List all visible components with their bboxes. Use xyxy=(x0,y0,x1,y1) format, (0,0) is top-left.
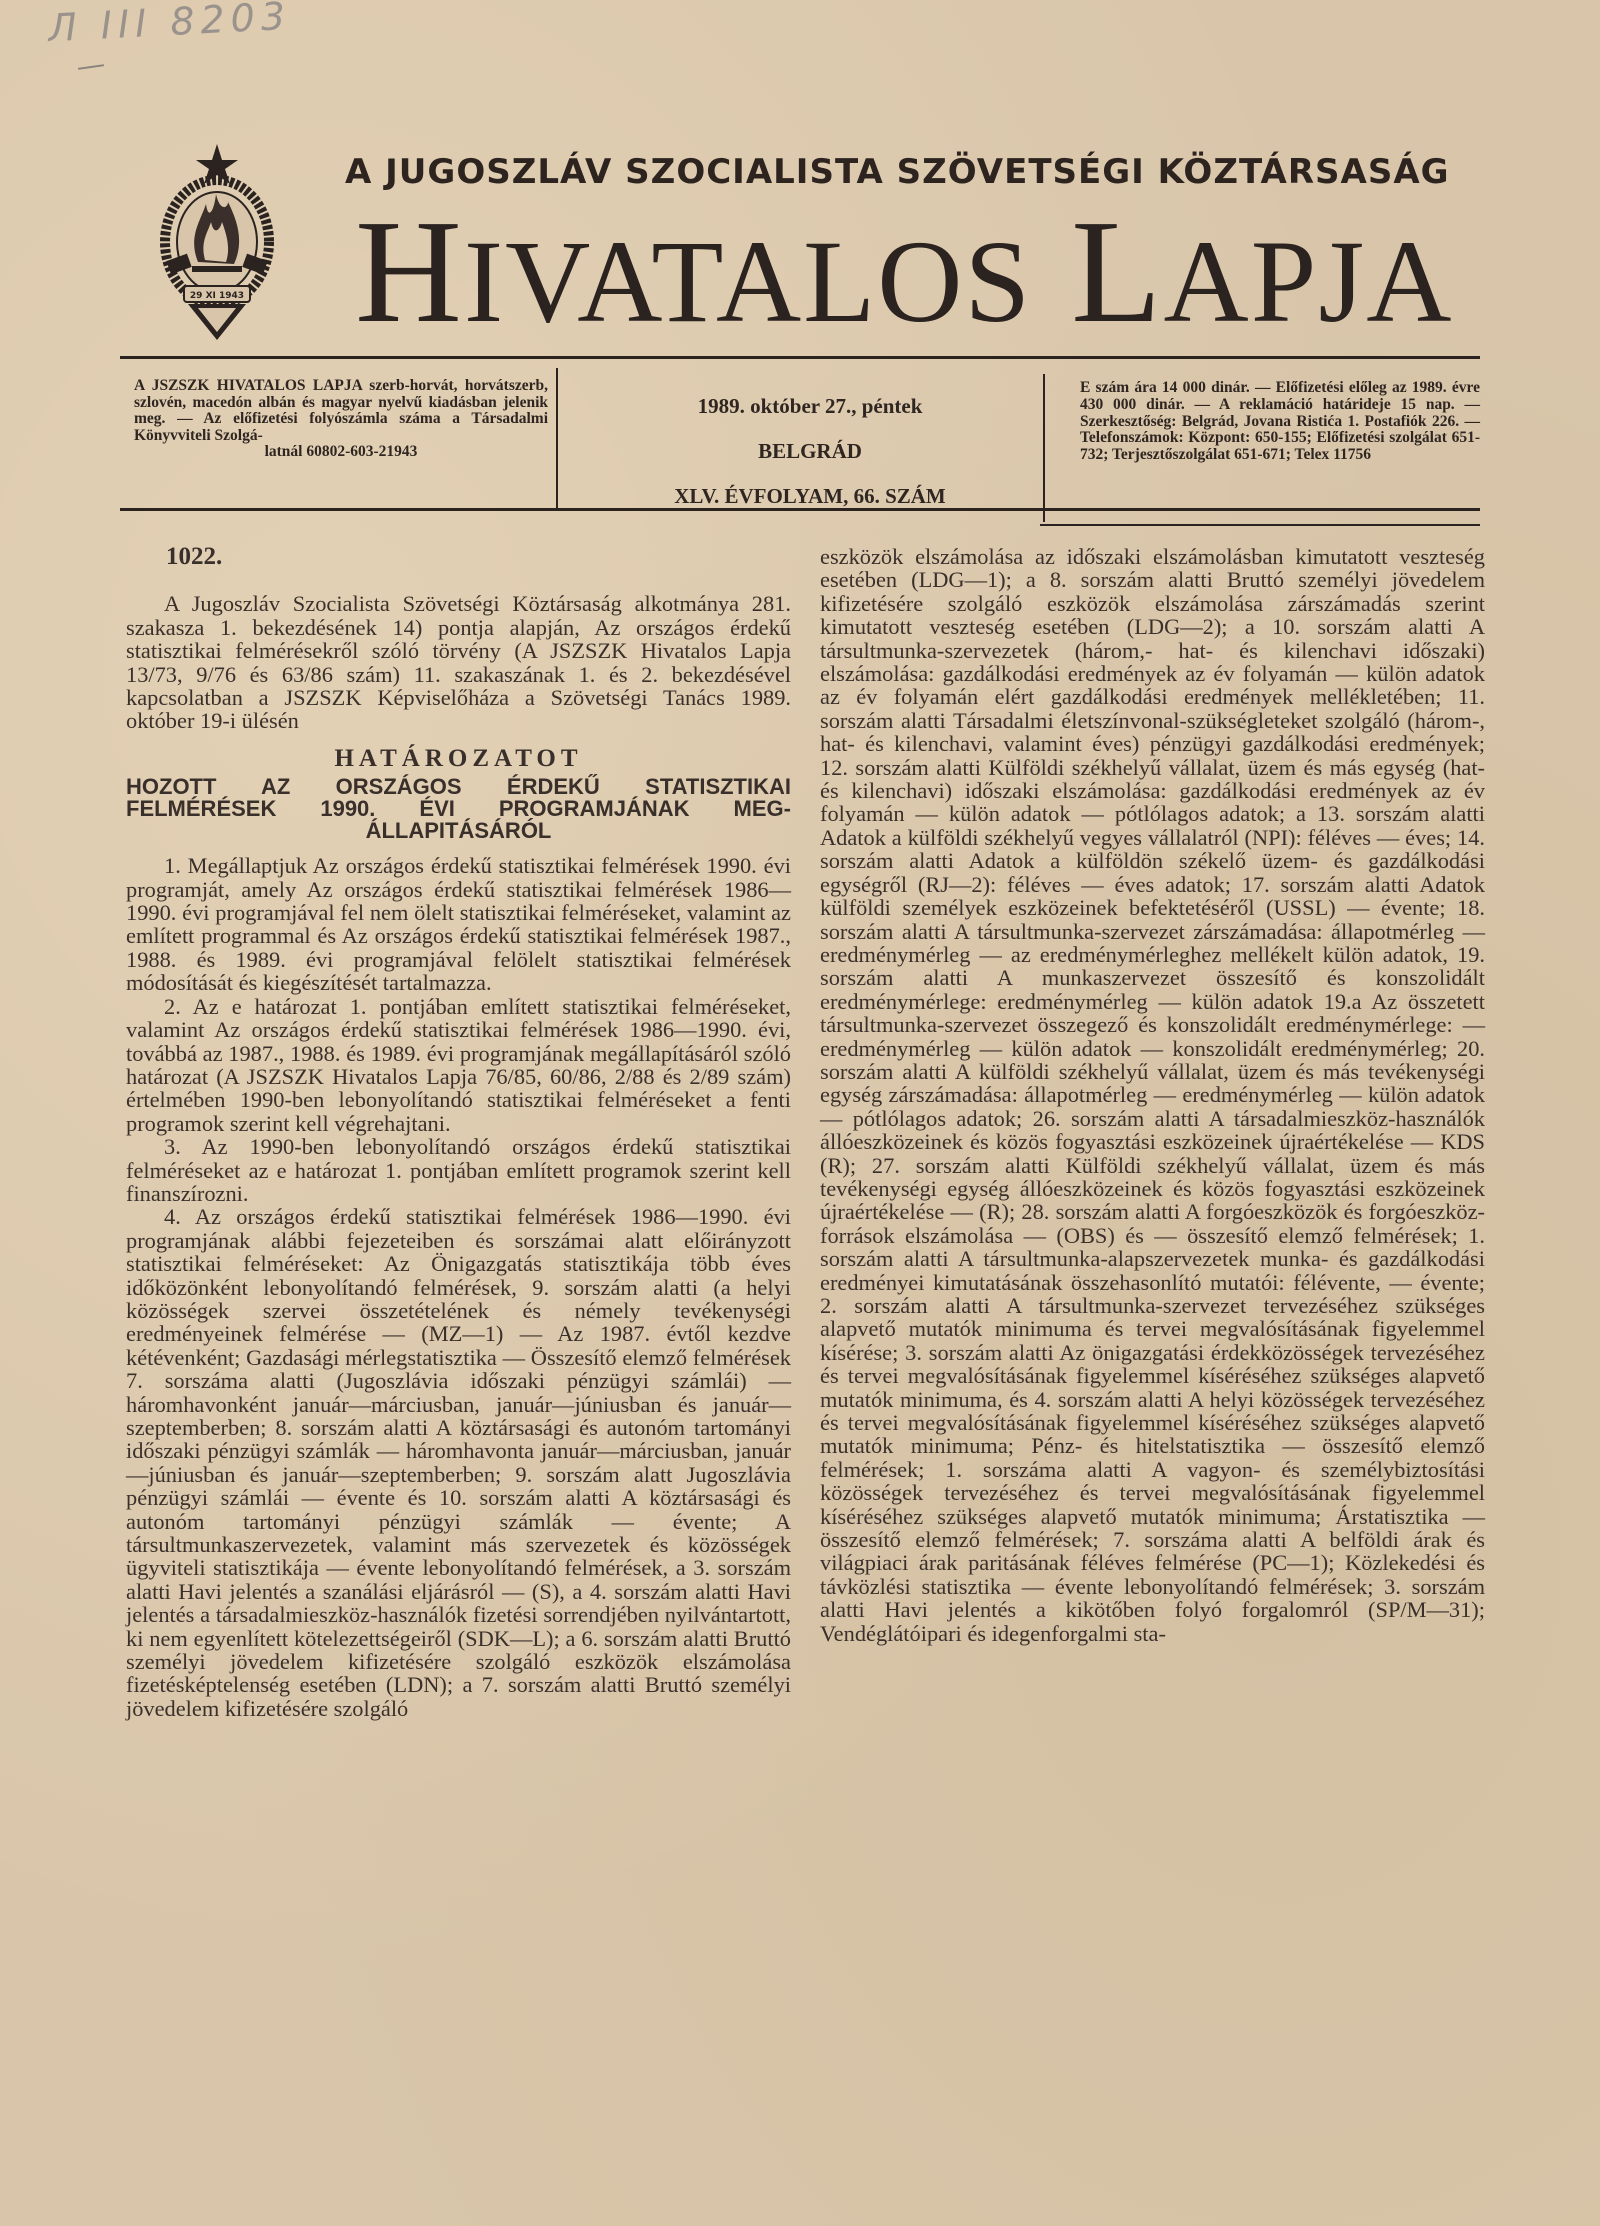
publication-info-text: A JSZSZK HIVATALOS LAPJA szerb-horvát, h… xyxy=(134,377,548,444)
masthead-bottom-rule-secondary xyxy=(1040,524,1480,526)
info-divider-right xyxy=(1043,374,1045,522)
decision-title-line-2: FELMÉRÉSEK 1990. ÉVI PROGRAMJÁNAK MEG- xyxy=(126,798,791,820)
handwritten-dash xyxy=(78,64,104,70)
coat-of-arms-emblem-icon: 29 XI 1943 xyxy=(158,142,276,342)
issue-info-box: 1989. október 27., péntek BELGRÁD XLV. É… xyxy=(580,384,1040,519)
publication-info-box: A JSZSZK HIVATALOS LAPJA szerb-horvát, h… xyxy=(134,378,548,461)
paragraph-2: 2. Az e határozat 1. pontjában említett … xyxy=(126,995,791,1135)
paragraph-3: 3. Az 1990-ben lebonyolítandó országos é… xyxy=(126,1135,791,1205)
issue-volume-number: XLV. ÉVFOLYAM, 66. SZÁM xyxy=(580,474,1040,519)
masthead-top-rule xyxy=(120,356,1480,359)
decision-heading: HATÁROZATOT xyxy=(126,747,791,770)
article-number: 1022. xyxy=(166,545,791,568)
paragraph-4-continued: eszközök elszámolása az időszaki elszámo… xyxy=(820,545,1485,1645)
account-number: latnál 60802-603-21943 xyxy=(134,444,548,461)
svg-text:29 XI 1943: 29 XI 1943 xyxy=(190,291,244,301)
gazette-page: Л III 8203 29 XI 1943 A JUGOSZLÁV SZOCIA… xyxy=(0,0,1600,2226)
article-column-left: 1022. A Jugoszláv Szocialista Szövetségi… xyxy=(126,545,791,1720)
article-preamble: A Jugoszláv Szocialista Szövetségi Köztá… xyxy=(126,592,791,732)
article-column-right: eszközök elszámolása az időszaki elszámo… xyxy=(820,545,1485,1645)
decision-title: HOZOTT AZ ORSZÁGOS ÉRDEKŰ STATISZTIKAI F… xyxy=(126,776,791,842)
title-initial-l: L xyxy=(1071,190,1163,354)
issue-place: BELGRÁD xyxy=(580,429,1040,474)
info-divider-left xyxy=(556,368,558,510)
decision-title-line-1: HOZOTT AZ ORSZÁGOS ÉRDEKŰ STATISZTIKAI xyxy=(126,776,791,798)
title-initial-h: H xyxy=(355,190,464,354)
paragraph-4: 4. Az országos érdekű statisztikai felmé… xyxy=(126,1205,791,1720)
title-word-1-rest: IVATALOS xyxy=(464,216,1032,347)
decision-title-line-3: ÁLLAPITÁSÁRÓL xyxy=(126,820,791,842)
paragraph-1: 1. Megállaptjuk Az országos érdekű stati… xyxy=(126,854,791,994)
masthead-title: HIVATALOS LAPJA xyxy=(355,198,1445,346)
title-word-2-rest: APJA xyxy=(1164,216,1454,347)
masthead-subtitle: A JUGOSZLÁV SZOCIALISTA SZÖVETSÉGI KÖZTÁ… xyxy=(345,152,1435,192)
handwritten-archive-note: Л III 8203 xyxy=(47,0,292,50)
issue-date: 1989. október 27., péntek xyxy=(580,384,1040,429)
pricing-contact-box: E szám ára 14 000 dinár. — Előfizetési e… xyxy=(1080,380,1480,464)
